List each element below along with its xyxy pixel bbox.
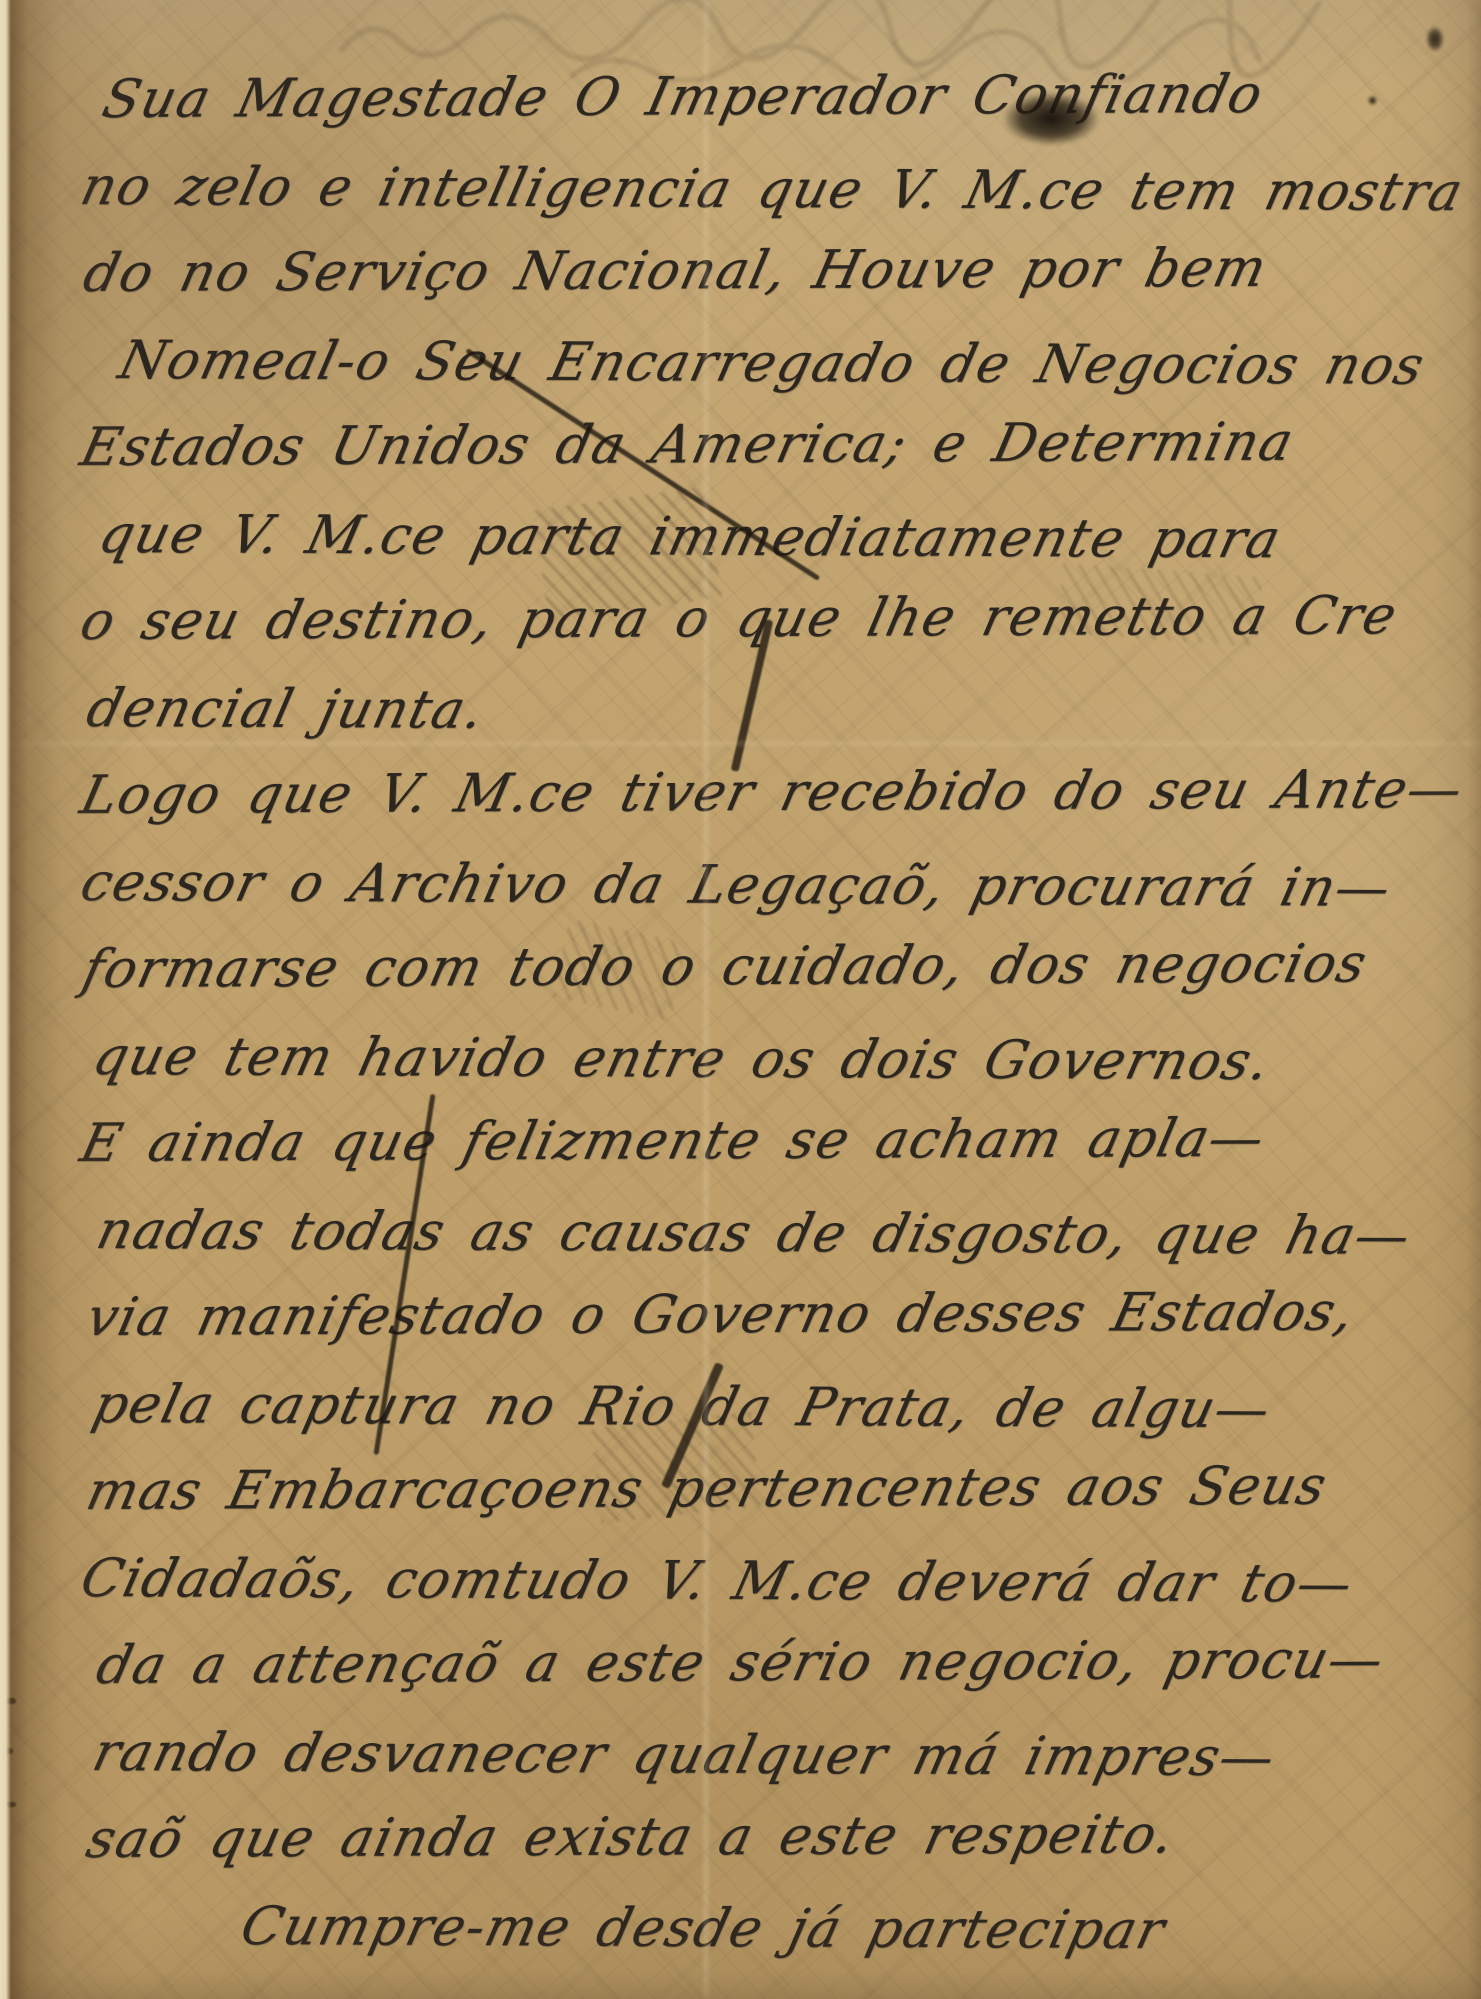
manuscript-text-block: Sua Magestade O Imperador Confiando no z… <box>72 56 1467 1970</box>
vertical-fold-crease <box>704 0 708 1999</box>
margin-mark <box>0 1748 13 1754</box>
manuscript-line: Cumpre-me desde já partecipar <box>232 1883 1481 1975</box>
manuscript-line: mas Embarcaçoens pertencentes aos Seus <box>78 1442 1481 1535</box>
manuscript-line: formarse com todo o cuidado, dos negocio… <box>74 920 1481 1013</box>
manuscript-line: no zelo e intelligencia que V. M.ce tem … <box>72 143 1481 236</box>
manuscript-line: nadas todas as causas de disgosto, que h… <box>88 1187 1481 1280</box>
ink-speck <box>1426 26 1444 52</box>
manuscript-line: E ainda que felizmente se acham apla— <box>72 1094 1481 1187</box>
manuscript-line: que V. M.ce parta immediatamente para <box>90 491 1481 584</box>
manuscript-line: da a attençaõ a este sério negocio, proc… <box>88 1616 1481 1709</box>
manuscript-line: via manifestado o Governo desses Estados… <box>78 1268 1481 1361</box>
manuscript-line: Logo que V. M.ce tiver recebido do seu A… <box>72 746 1481 839</box>
manuscript-line: o seu destino, para o que lhe remetto a … <box>72 572 1481 665</box>
manuscript-line: Estados Unidos da America; e Determina <box>72 398 1481 491</box>
manuscript-line: do no Serviço Nacional, Houve por bem <box>75 224 1481 317</box>
manuscript-line: saõ que ainda exista a este respeito. <box>78 1790 1481 1883</box>
manuscript-line: Nomeal-o Seu Encarregado de Negocios nos <box>110 317 1481 410</box>
horizontal-fold-crease <box>0 742 1481 745</box>
manuscript-line: Sua Magestade O Imperador Confiando <box>94 50 1481 143</box>
manuscript-line: cessor o Archivo da Legaçaõ, procurará i… <box>72 839 1481 932</box>
margin-mark <box>2 1802 16 1807</box>
manuscript-line: pela captura no Rio da Prata, de algu— <box>84 1361 1481 1454</box>
manuscript-line: Cidadaõs, comtudo V. M.ce deverá dar to— <box>72 1535 1481 1628</box>
manuscript-line: que tem havido entre os dois Governos. <box>84 1013 1481 1106</box>
margin-mark <box>0 1698 16 1704</box>
manuscript-page: Sua Magestade O Imperador Confiando no z… <box>0 0 1481 1999</box>
manuscript-line: rando desvanecer qualquer má impres— <box>84 1709 1481 1802</box>
